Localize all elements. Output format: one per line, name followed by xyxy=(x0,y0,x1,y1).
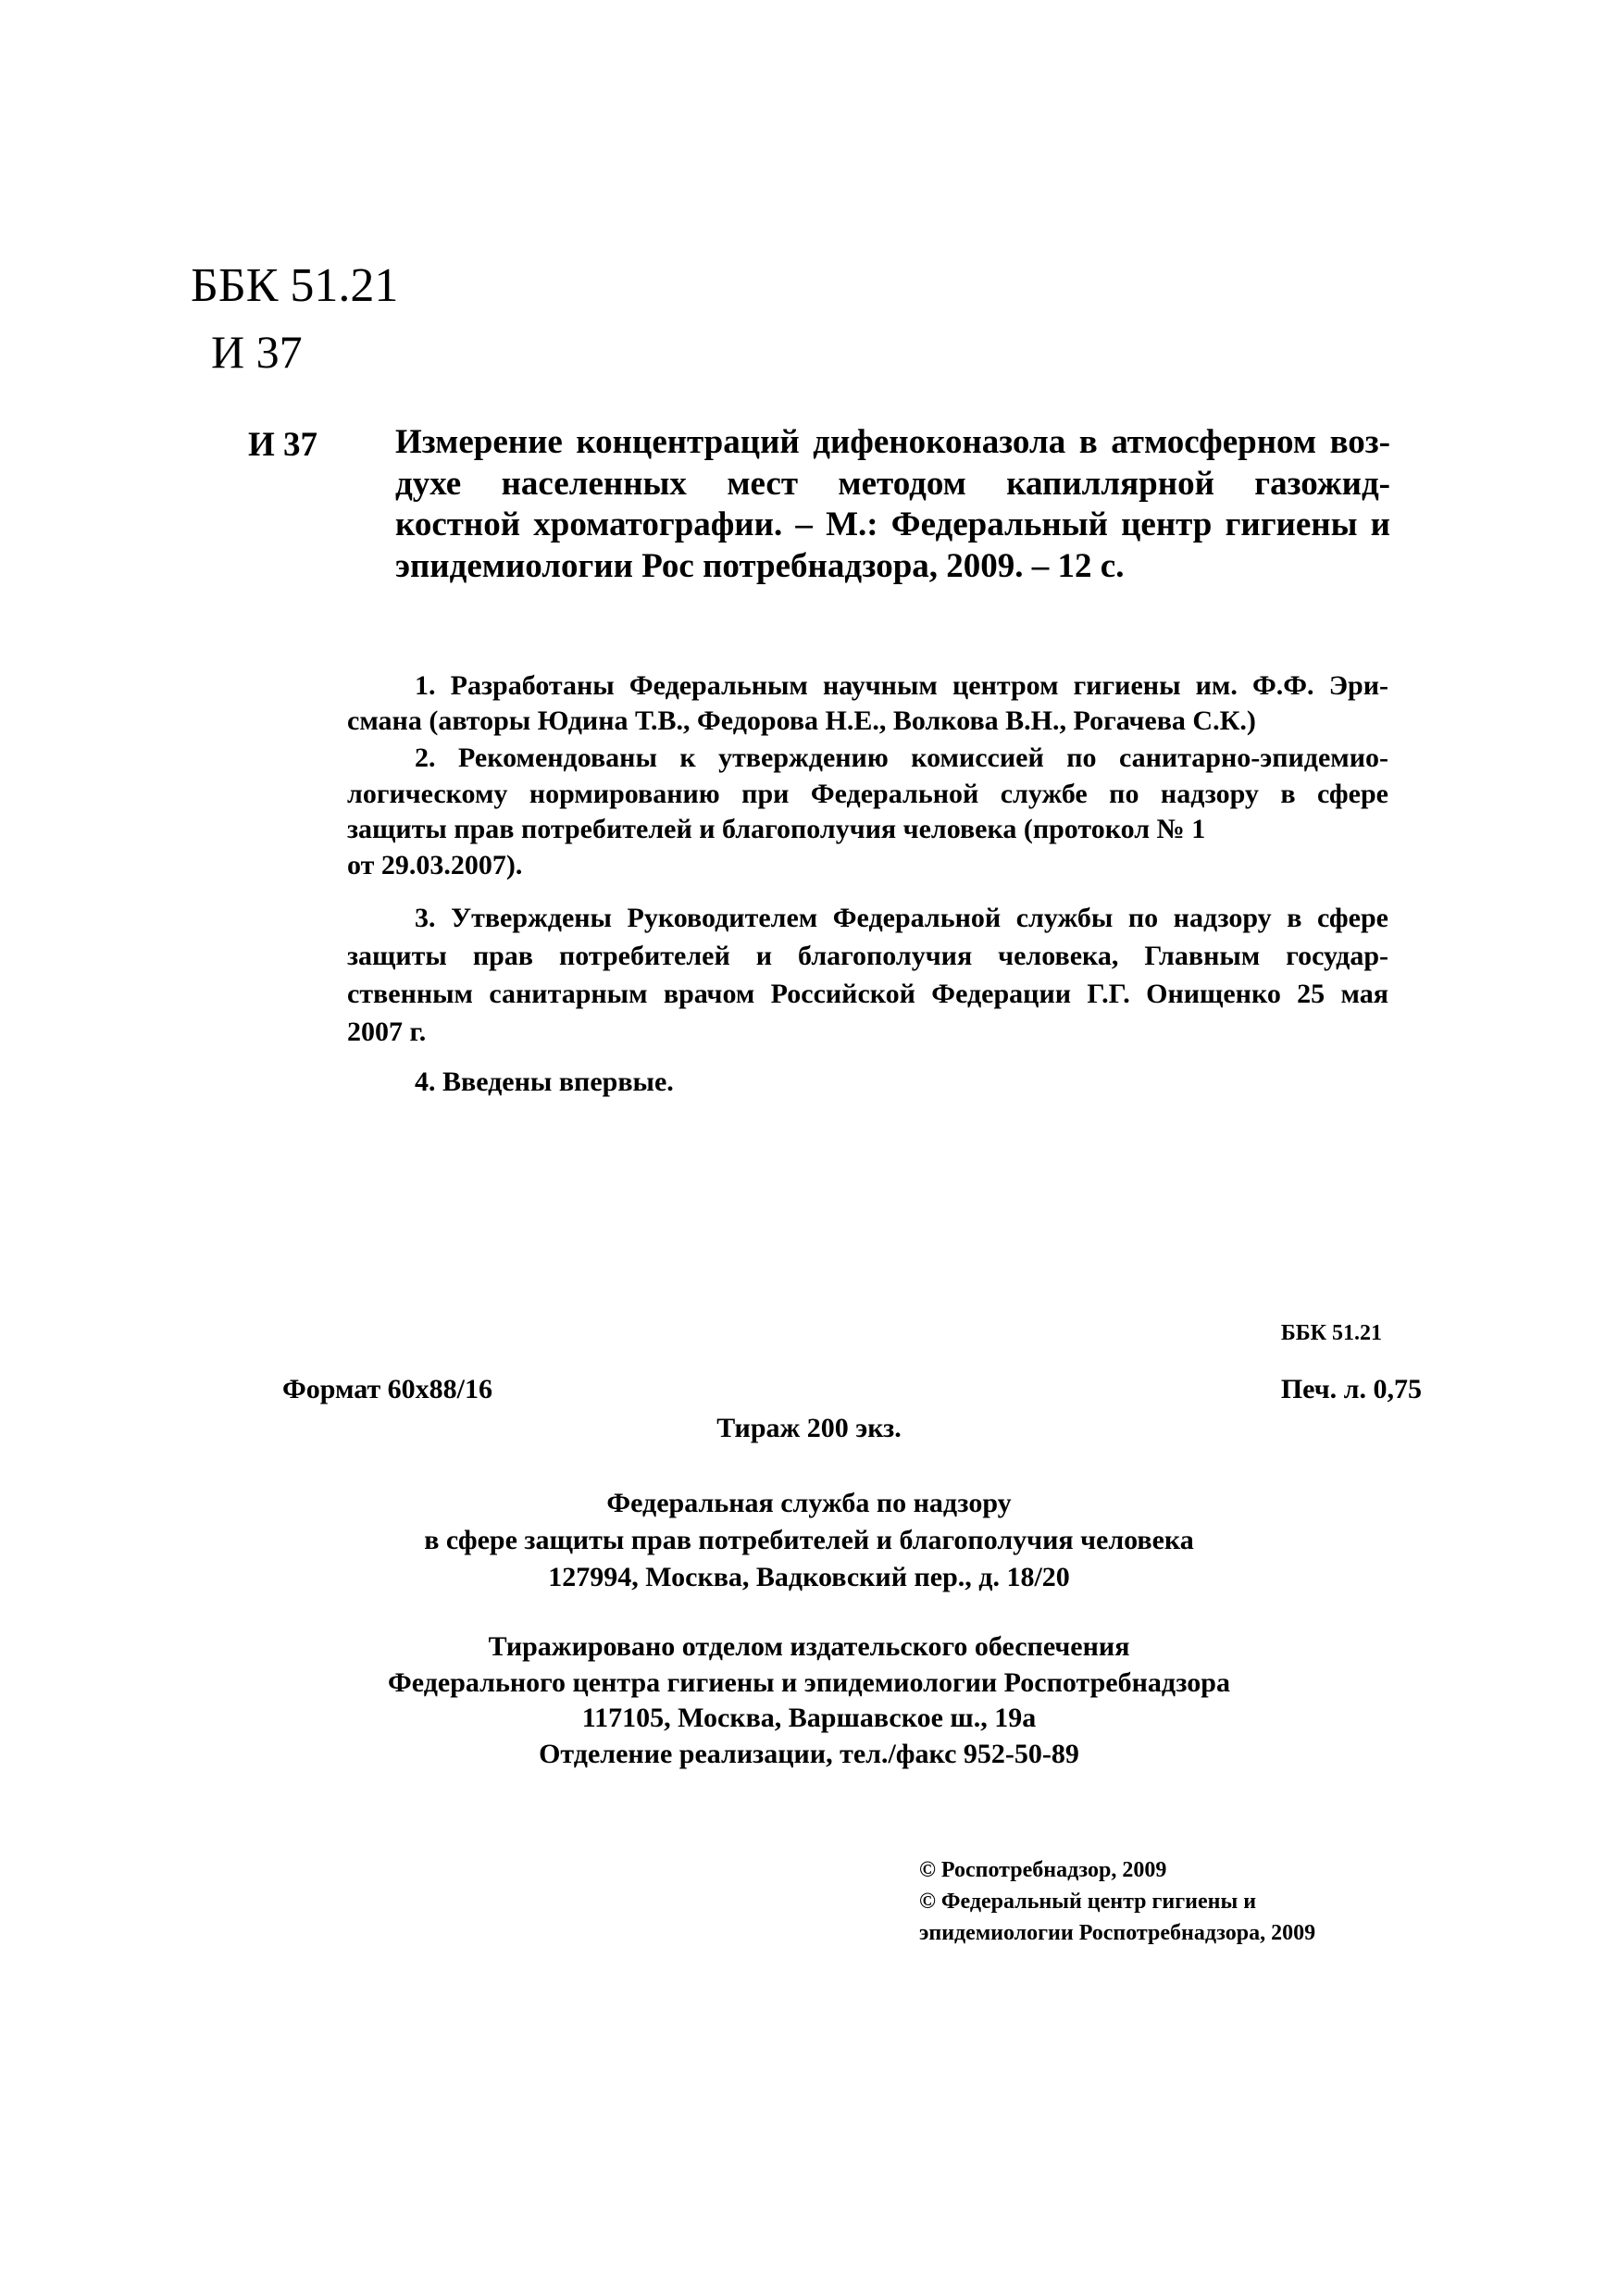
copyright-line-2: © Федеральный центр гигиены и xyxy=(919,1886,1315,1917)
imprint-bbk: ББК 51.21 xyxy=(1281,1321,1382,1346)
copyright-line-1: © Роспотребнадзор, 2009 xyxy=(919,1854,1315,1886)
note-item-1: 1. Разработаны Федеральным научным центр… xyxy=(347,668,1388,739)
note-item-2: 2. Рекомендованы к утверждению комиссией… xyxy=(347,741,1388,883)
copyright-block: © Роспотребнадзор, 2009 © Федеральный це… xyxy=(919,1854,1315,1949)
note-item-4: 4. Введены впервые. xyxy=(347,1065,1388,1100)
note-item-3: 3. Утверждены Руководителем Федеральной … xyxy=(347,899,1388,1051)
imprint-run: Тираж 200 экз. xyxy=(0,1413,1618,1444)
entry-line-3: костной хроматографии. – М.: Федеральный… xyxy=(395,505,1390,546)
publisher-block: Федеральная служба по надзору в сфере за… xyxy=(0,1485,1618,1596)
printer-block: Тиражировано отделом издательского обесп… xyxy=(0,1629,1618,1772)
bibliographic-entry: Измерение концентраций дифеноконазола в … xyxy=(395,422,1390,587)
entry-line-2: духе населенных мест методом капиллярной… xyxy=(395,464,1390,505)
imprint-print-sheets: Печ. л. 0,75 xyxy=(1281,1374,1422,1405)
copyright-line-3: эпидемиологии Роспотребнадзора, 2009 xyxy=(919,1917,1315,1949)
entry-author-mark: И 37 xyxy=(248,428,317,462)
author-mark: И 37 xyxy=(211,329,303,375)
imprint-format: Формат 60x88/16 xyxy=(282,1374,492,1405)
entry-line-4: эпидемиологии Рос потребнадзора, 2009. –… xyxy=(395,546,1390,588)
entry-line-1: Измерение концентраций дифеноконазола в … xyxy=(395,422,1390,464)
entry-title-lead: Измерение xyxy=(395,423,563,461)
bbk-classification: ББК 51.21 xyxy=(191,262,398,310)
